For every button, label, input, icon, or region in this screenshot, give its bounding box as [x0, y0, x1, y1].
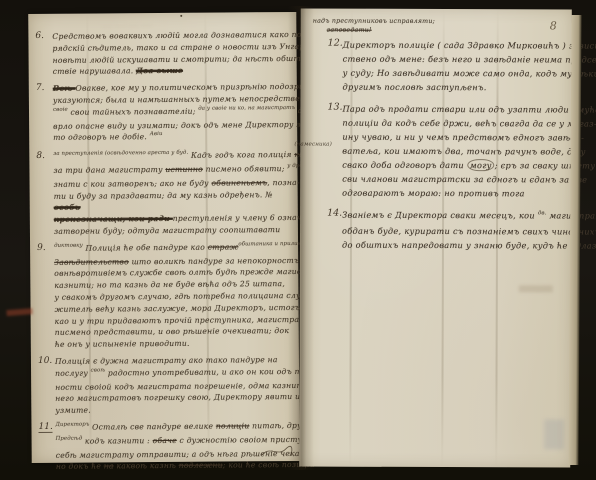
- manuscript-item-6: 6.Средствомъ воваквихъ людій могла дозна…: [52, 29, 296, 78]
- manuscript-item-8: 8.за преступленія (освѣдоченно ареста у …: [53, 149, 298, 237]
- manuscript-line: но докъ ће на каквоѣ казнѣ подлежни; кои…: [56, 459, 300, 473]
- paper-edge-strip: [568, 15, 581, 465]
- manuscript-line: полиціи да кодъ себе држи, већъ свагда д…: [342, 116, 579, 131]
- manuscript-line: Директоръ Осталѣ све пандуре велике поли…: [55, 420, 299, 436]
- manuscript-line: другимъ пословѣ заступљенъ.: [343, 80, 580, 95]
- manuscript-line: писмено представити, и ово рѣшеніе очеки…: [55, 325, 299, 339]
- manuscript-line: ствено одъ мене: безъ него и завѣданіе н…: [343, 52, 580, 67]
- item-number: 14.: [327, 208, 342, 219]
- left-page: ⸺ ⸺⸺ ⸺ 6.Средствомъ воваквихъ людій могл…: [28, 12, 300, 463]
- item-number: 10.: [38, 356, 52, 366]
- manuscript-item-12: 12.Директоръ полиціе ( сада Здравко Мирк…: [343, 38, 580, 95]
- manuscript-line: заповедати!: [327, 26, 435, 35]
- manuscript-line: одговараютъ мораю: но противъ тога: [342, 186, 579, 201]
- manuscript-line: сви чланови магистратски за єдногъ и єда…: [342, 172, 579, 187]
- manuscript-item-9: 9.диктовку Полиція ће обе пандуре као ст…: [54, 241, 299, 351]
- manuscript-line: Пара одъ продати ствари или одъ узапти л…: [342, 102, 579, 117]
- manuscript-line: Директоръ полиціе ( сада Здравко Миркови…: [343, 38, 580, 53]
- manuscript-line: затворени буду; одтуда магистрату соопшт…: [54, 224, 298, 238]
- manuscript-line: врло опасне виду и узимати; докъ одъ мен…: [53, 119, 297, 133]
- right-body: 12.Директоръ полиціе ( сада Здравко Мирк…: [314, 38, 580, 261]
- manuscript-line: Званіемъ є Директора сваки месецъ, кои д…: [342, 208, 579, 225]
- flourish-mark: [260, 443, 294, 459]
- manuscript-line: новѣти людій искушавати и смотрити; да н…: [53, 53, 297, 67]
- manuscript-item-10: 10.Полиція є дужна магистрату ако тако п…: [55, 354, 299, 417]
- manuscript-line: узмите.: [55, 403, 299, 417]
- manuscript-line: ватеља, кои имаютъ два, точанъ рачунъ во…: [342, 144, 579, 159]
- manuscript-line: послугу своѣ радостно употребивати, и ак…: [55, 366, 299, 382]
- page-number: 8: [550, 19, 557, 32]
- right-items: 12.Директоръ полиціе ( сада Здравко Мирк…: [314, 38, 580, 253]
- manuscript-line: ће онъ у испыненіе приводити.: [55, 337, 299, 351]
- manuscript-item-7: 7.Всѣ Овакве, кое му у политическомъ при…: [53, 81, 297, 146]
- right-page: 8 надъ преступниковъ исправляти;заповеда…: [299, 9, 572, 468]
- manuscript-line: то одговоръ не добіе. Авіи: [53, 130, 297, 146]
- header-note: надъ преступниковъ исправляти;заповедати…: [313, 18, 435, 35]
- item-number: 9.: [37, 243, 46, 253]
- left-items: 6.Средствомъ воваквихъ людій могла дозна…: [28, 12, 300, 473]
- item-number: 12.: [328, 38, 343, 49]
- manuscript-item-14: 14.Званіемъ є Директора сваки месецъ, ко…: [342, 208, 579, 253]
- item-number: 7.: [36, 83, 45, 93]
- manuscript-item-13: 13.Пара одъ продати ствари или одъ узапт…: [342, 102, 579, 201]
- item-number: 8.: [36, 151, 45, 161]
- manuscript-line: ствіе нарушавала. Два выше: [53, 64, 297, 78]
- manuscript-line: своіе свои тайныхъ познавателіи; да у св…: [53, 105, 297, 121]
- item-number: 13.: [327, 102, 342, 113]
- ink-smudge: [544, 419, 564, 449]
- manuscript-line: ину чуваю, и ни у чемъ предствомъ едногъ…: [342, 130, 579, 145]
- margin-note: (намесника): [294, 142, 332, 148]
- manuscript-line: до обштихъ напредовати у знаню буде, куд…: [342, 238, 579, 253]
- manuscript-line: обданъ буде, курирати съ познаніемъ свих…: [342, 224, 579, 239]
- manuscript-line: у суду; Но завѣдивати може само онда, ко…: [343, 66, 580, 81]
- manuscript-spread: ⸺ ⸺⸺ ⸺ 6.Средствомъ воваквихъ людій могл…: [0, 0, 596, 480]
- item-number: 11.: [38, 422, 52, 433]
- manuscript-line: ти и буду за праздавати; да му казнь одр…: [54, 189, 298, 203]
- item-number: 6.: [35, 31, 44, 41]
- manuscript-line: него магистратовъ погрешку свою, Директо…: [55, 391, 299, 405]
- manuscript-line: свако доба одговоръ дати могу; єръ за св…: [342, 158, 579, 173]
- red-margin-mark: [6, 308, 32, 316]
- ink-smudge: [519, 285, 553, 292]
- manuscript-line: диктовку Полиція ће обе пандуре као стра…: [54, 241, 298, 257]
